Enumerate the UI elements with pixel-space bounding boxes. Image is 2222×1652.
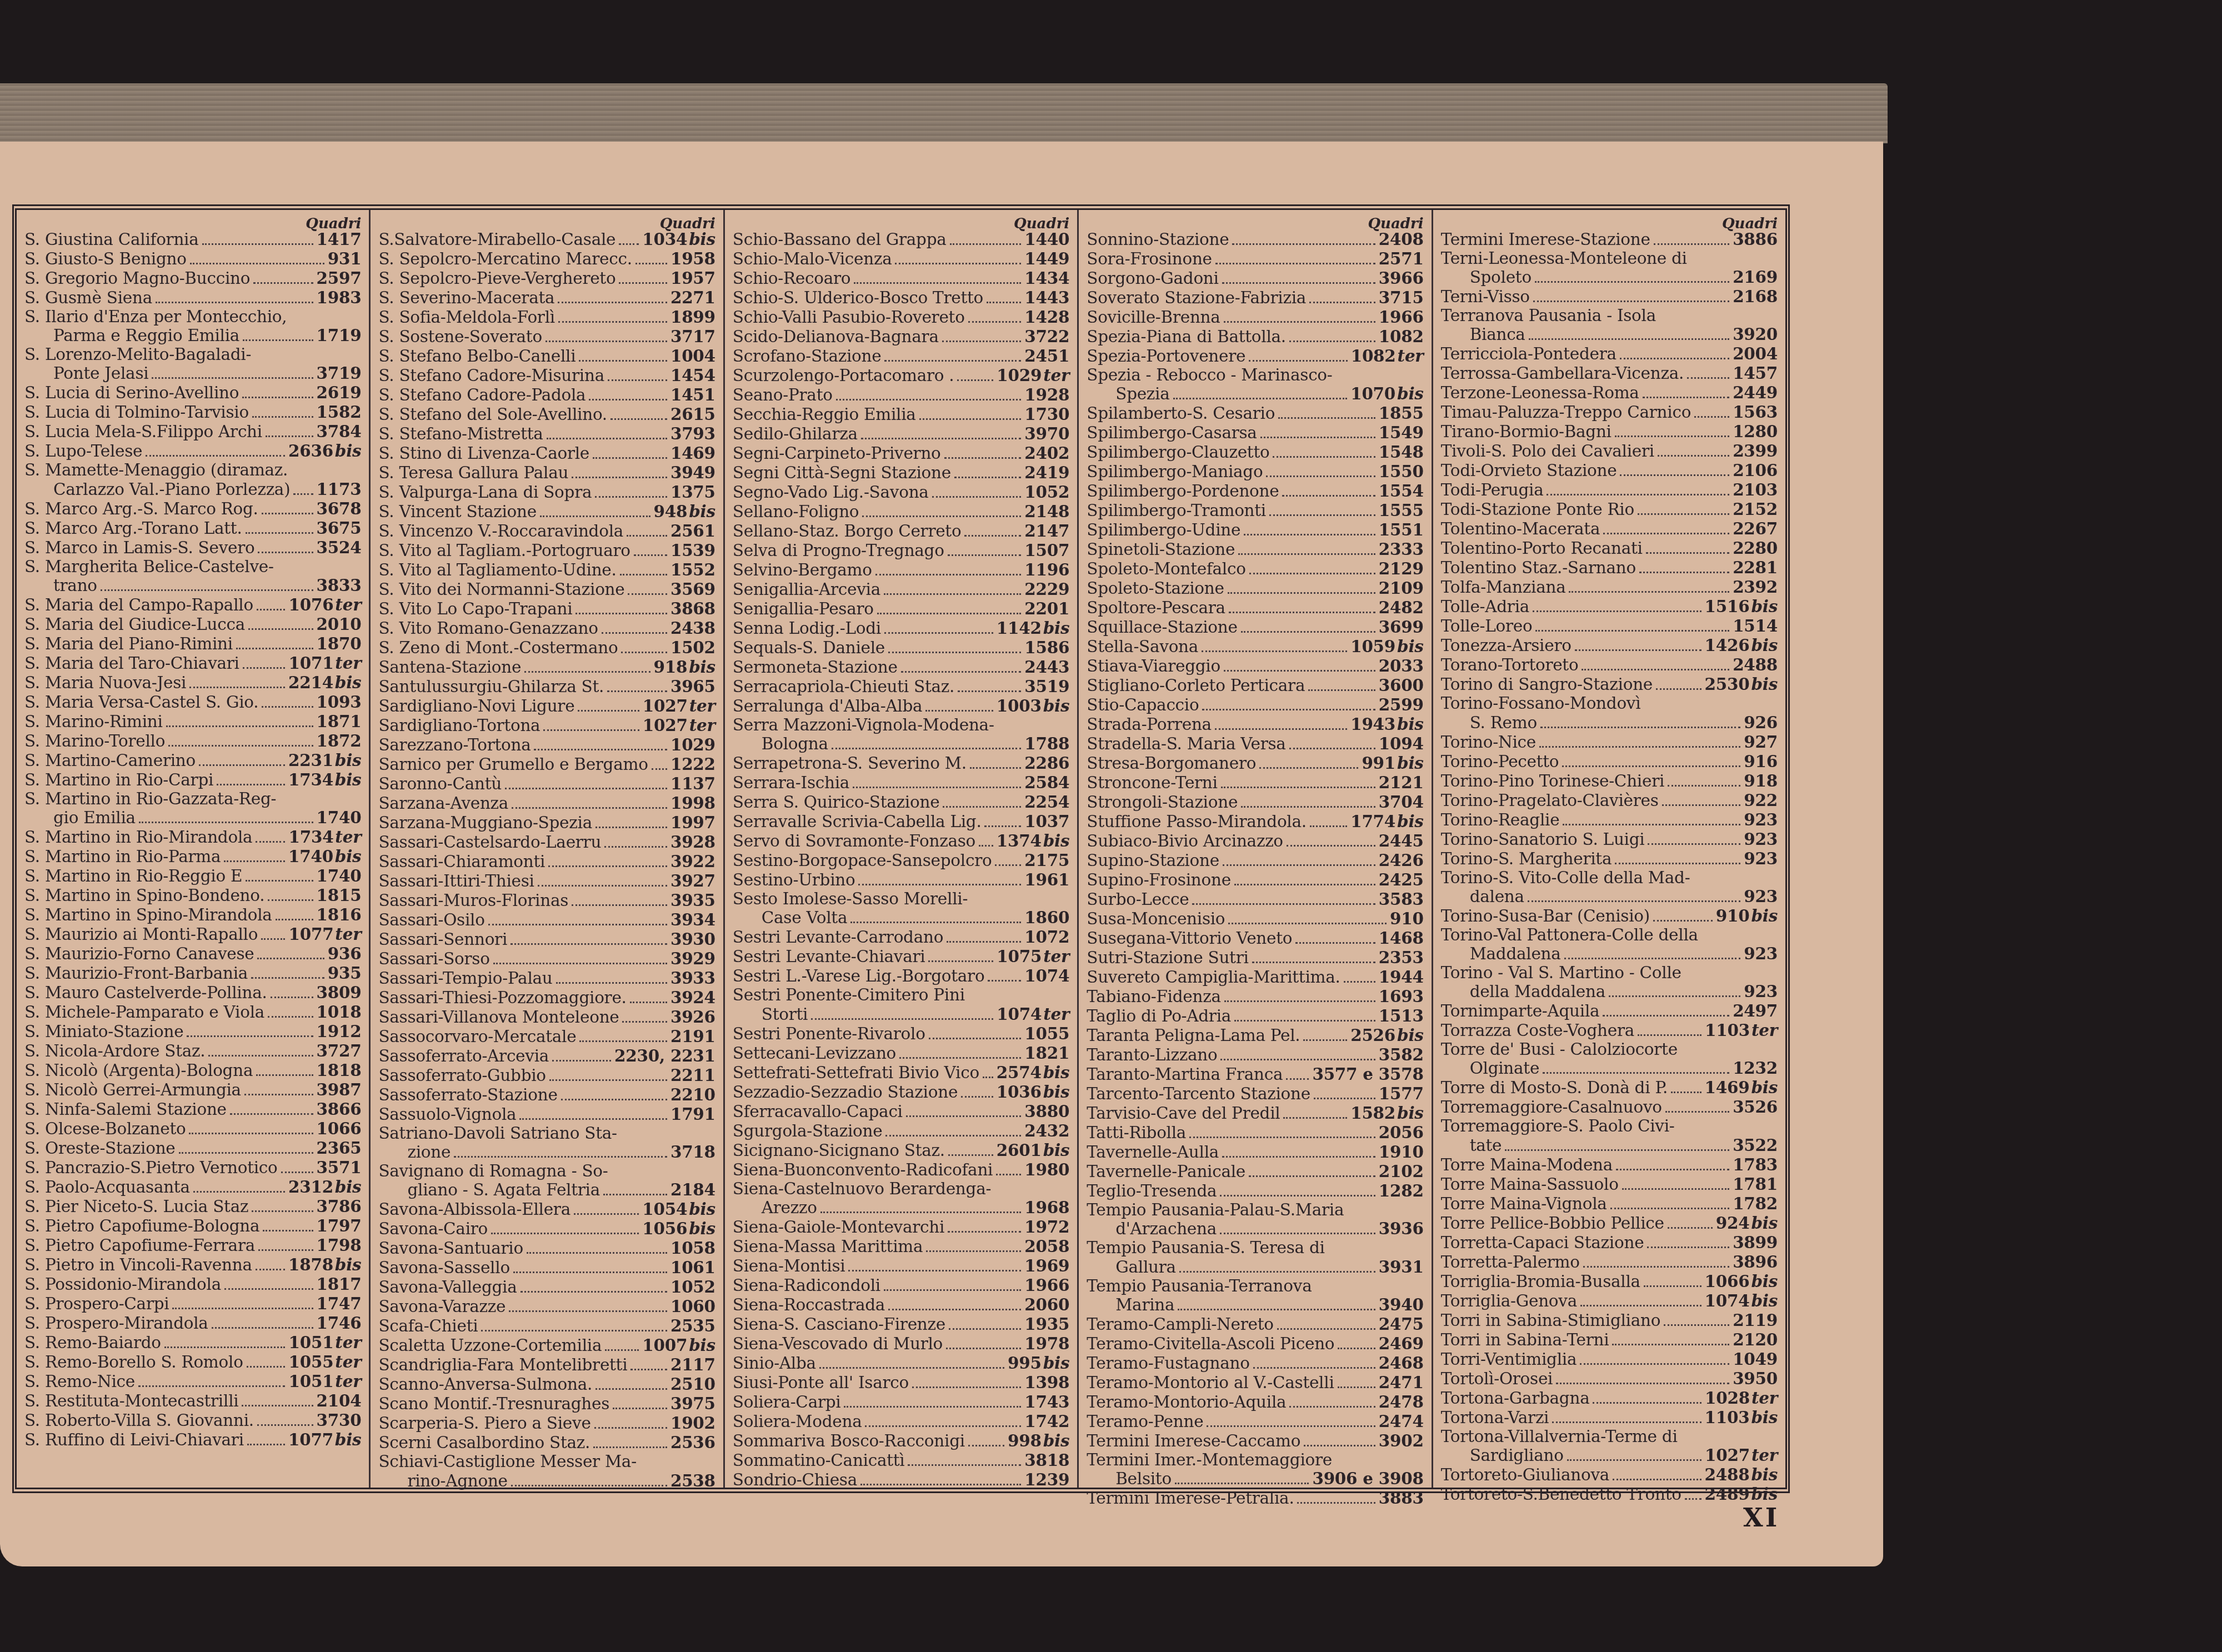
quadro-number: 1066 (1705, 1272, 1750, 1290)
index-entry: Selva di Progno-Tregnago1507 (733, 541, 1069, 560)
quadro-number: 2106 (1733, 461, 1778, 479)
station-route-name: S. Miniato-Stazione (24, 1023, 183, 1041)
quadro-number: 1514 (1733, 617, 1778, 635)
quadro-number: 1443 (1024, 288, 1069, 307)
station-route-name: S. Sepolcro-Mercatino Marecc. (378, 250, 632, 268)
index-entry: Scurzolengo-Portacomaro .1029ter (733, 366, 1069, 386)
station-route-name: S. Stefano del Sole-Avellino. (378, 406, 607, 424)
index-entry: tate3522 (1441, 1136, 1778, 1155)
dot-leader (258, 552, 313, 553)
dot-leader (865, 1425, 1021, 1427)
dot-leader (579, 1040, 667, 1042)
index-entry: S. Martino in Rio-Gazzata-Reg- (24, 790, 361, 808)
dot-leader (534, 749, 667, 750)
index-entry: S. Maria del Taro-Chiavari1071ter (24, 654, 361, 673)
station-route-name: Torre Maina-Modena (1441, 1156, 1613, 1174)
quadro-number: 2597 (317, 269, 362, 287)
quadro-suffix: ter (335, 654, 361, 672)
quadro-number: 2033 (1379, 657, 1424, 675)
dot-leader (1616, 1169, 1729, 1170)
quadro-suffix: ter (335, 595, 361, 614)
dot-leader (946, 1348, 1021, 1349)
station-route-name: Termini Imerese-Petralia. (1087, 1489, 1294, 1508)
index-entry: Spezia - Rebocco - Marinasco- (1087, 366, 1423, 384)
station-route-name: Sardigliano (1441, 1446, 1564, 1465)
station-route-name: Soliera-Modena (733, 1413, 862, 1431)
quadro-number: 1935 (1024, 1315, 1069, 1333)
station-route-name: Squillace-Stazione (1087, 618, 1237, 637)
station-route-name: Sorgono-Gadoni (1087, 269, 1218, 288)
quadro-number: 3906 e 3908 (1312, 1469, 1423, 1488)
quadro-number: 2538 (670, 1471, 715, 1490)
quadro-number: 1734 (288, 770, 333, 789)
index-entry: Sassoferrato-Gubbio2211 (378, 1066, 715, 1085)
station-route-name: d'Arzachena (1087, 1220, 1217, 1238)
quadro-number: 1142 (997, 619, 1042, 637)
index-entry: Terzone-Leonessa-Roma2449 (1441, 383, 1778, 403)
dot-leader (844, 1406, 1021, 1408)
quadro-suffix: bis (1751, 1408, 1778, 1426)
index-entry: Savignano di Romagna - So- (378, 1162, 715, 1180)
station-route-name: della Maddalena (1441, 983, 1605, 1001)
station-route-name: Savignano di Romagna - So- (378, 1162, 608, 1180)
index-entry: Todi-Stazione Ponte Rio2152 (1441, 500, 1778, 519)
quadro-number: 2148 (1024, 502, 1069, 520)
station-route-name: Sassoferrato-Arcevia (378, 1047, 549, 1065)
quadro-number: 2104 (317, 1391, 362, 1410)
index-entry: S. Sepolcro-Pieve-Verghereto1957 (378, 269, 715, 288)
dot-leader (1580, 1305, 1701, 1306)
station-route-name: Torre Maina-Vignola (1441, 1195, 1607, 1213)
index-entry: S. Prospero-Carpi1747 (24, 1294, 361, 1314)
index-entry: Spezia-Portovenere1082ter (1087, 347, 1423, 366)
station-route-name: Spoleto (1441, 268, 1532, 287)
dot-leader (836, 399, 1022, 401)
dot-leader (1232, 243, 1375, 245)
quadro-number: 3571 (317, 1158, 362, 1177)
quadro-number: 1740 (317, 808, 362, 827)
quadro-number: 2615 (670, 405, 715, 423)
quadro-number: 918 (654, 658, 688, 676)
station-route-name: Torano-Tortoreto (1441, 656, 1579, 674)
dot-leader (1289, 341, 1375, 342)
station-route-name: Gallura (1087, 1258, 1176, 1276)
station-route-name: S. Stefano Cadore-Padola (378, 386, 585, 404)
index-entry: S. Marco Arg.-S. Marco Rog.3678 (24, 499, 361, 519)
index-entry: S. Roberto-Villa S. Giovanni.3730 (24, 1411, 361, 1430)
station-route-name: Ponte Jelasi (24, 364, 148, 383)
quadro-number: 3786 (317, 1197, 362, 1215)
station-route-name: Serrara-Ischia (733, 774, 849, 792)
index-entry: Scrofano-Stazione2451 (733, 347, 1069, 366)
station-route-name: Maddalena (1441, 945, 1561, 963)
index-entry: Siena-Massa Marittima2058 (733, 1237, 1069, 1256)
quadro-number: 1740 (317, 867, 362, 885)
index-entry: S. Stefano Cadore-Padola1451 (378, 386, 715, 405)
dot-leader (635, 263, 667, 264)
dot-leader (208, 1055, 313, 1057)
station-route-name: Susa-Moncenisio (1087, 910, 1225, 928)
station-route-name: Timau-Paluzza-Treppo Carnico (1441, 403, 1691, 422)
dot-leader (942, 341, 1022, 342)
station-route-name: Teramo-Fustagnano (1087, 1354, 1249, 1373)
quadro-number: 1239 (1024, 1470, 1069, 1489)
index-entry: Scandriglia-Fara Montelibretti2117 (378, 1355, 715, 1375)
index-entry: Maddalena923 (1441, 944, 1778, 964)
quadro-number: 1018 (317, 1003, 362, 1021)
quadro-suffix: bis (335, 751, 362, 769)
index-entry: Spoleto-Montefalco2129 (1087, 559, 1423, 579)
dot-leader (527, 1252, 667, 1254)
index-entry: Susegana-Vittorio Veneto1468 (1087, 929, 1423, 948)
station-route-name: S. Marco Arg.-S. Marco Rog. (24, 500, 258, 518)
index-entry: Scanno-Anversa-Sulmona.2510 (378, 1375, 715, 1394)
station-route-name: S. Marino-Rimini (24, 713, 163, 731)
dot-leader (888, 652, 1021, 653)
index-entry: S. Vito Romano-Genazzano2438 (378, 619, 715, 638)
quadro-number: 2469 (1379, 1334, 1424, 1353)
quadro-number: 2280 (1733, 539, 1778, 557)
quadro-number: 2488 (1705, 1465, 1750, 1484)
quadro-suffix: ter (335, 1353, 361, 1371)
index-entry: S. Stefano-Mistretta3793 (378, 424, 715, 444)
station-route-name: S. Sostene-Soverato (378, 328, 542, 346)
dot-leader (948, 1154, 993, 1156)
quadro-number: 3675 (317, 519, 362, 537)
quadro-number: 2530 (1705, 675, 1750, 693)
station-route-name: Scarperia-S. Piero a Sieve (378, 1414, 590, 1433)
station-route-name: Selvino-Bergamo (733, 561, 872, 579)
station-route-name: Sassari-Muros-Florinas (378, 892, 568, 910)
quadro-number: 3718 (670, 1143, 715, 1161)
quadro-number: 3699 (1379, 618, 1424, 636)
index-entry: Sassari-Thiesi-Pozzomaggiore.3924 (378, 988, 715, 1008)
index-entry: Todi-Orvieto Stazione2106 (1441, 461, 1778, 480)
dot-leader (968, 321, 1022, 323)
quadro-number: 1539 (670, 541, 715, 559)
station-route-name: S. Stino di Livenza-Caorle (378, 444, 589, 463)
dot-leader (491, 1233, 639, 1234)
quadro-number: 3582 (1379, 1045, 1424, 1064)
quadro-number: 1817 (317, 1275, 362, 1293)
index-entry: Serrara-Ischia2584 (733, 773, 1069, 793)
index-entry: Sesto Imolese-Sasso Morelli- (733, 890, 1069, 908)
station-route-name: Torriglia-Bromia-Busalla (1441, 1273, 1640, 1291)
index-entry: Seano-Prato1928 (733, 386, 1069, 405)
station-route-name: Serra Mazzoni-Vignola-Modena- (733, 716, 994, 734)
station-route-name: S. Maurizio-Front-Barbania (24, 964, 248, 983)
dot-leader (546, 341, 667, 342)
station-route-name: Sferracavallo-Capaci (733, 1103, 903, 1121)
station-route-name: Siena-Roccastrada (733, 1296, 885, 1314)
dot-leader (172, 1308, 313, 1309)
quadro-number: 2426 (1379, 851, 1424, 869)
quadro-number: 1878 (288, 1255, 333, 1274)
station-route-name: Torino-Nice (1441, 733, 1536, 752)
index-entry: Sedilo-Ghilarza3970 (733, 424, 1069, 444)
dot-leader (899, 1057, 1021, 1059)
dot-leader (246, 880, 313, 882)
quadro-number: 1966 (1024, 1276, 1069, 1294)
station-route-name: S. Martino in Spino-Bondeno. (24, 887, 264, 905)
dot-leader (888, 1309, 1021, 1310)
quadro-suffix: bis (335, 847, 362, 865)
station-route-name: Susegana-Vittorio Veneto (1087, 929, 1292, 948)
station-route-name: gio Emilia (24, 809, 136, 827)
quadro-number: 1051 (288, 1372, 333, 1390)
index-entry: Spilimbergo-Udine1551 (1087, 520, 1423, 540)
dot-leader (139, 822, 313, 823)
quadro-number: 2599 (1379, 695, 1424, 714)
station-route-name: Terni-Leonessa-Monteleone di (1441, 249, 1687, 268)
index-entry: Sestino-Borgopace-Sansepolcro2175 (733, 851, 1069, 870)
station-route-name: Senigallia-Pesaro (733, 600, 874, 618)
index-entry: Tortona-Garbagna1028ter (1441, 1389, 1778, 1408)
dot-leader (263, 1230, 313, 1232)
quadro-suffix: bis (1751, 1291, 1778, 1310)
dot-leader (257, 609, 286, 610)
index-entry: Sestri Ponente-Cimitero Pini (733, 986, 1069, 1004)
dot-leader (912, 1386, 1021, 1388)
dot-leader (988, 980, 1021, 982)
quadro-number: 3704 (1379, 793, 1424, 811)
station-route-name: Schiavi-Castiglione Messer Ma- (378, 1453, 636, 1471)
station-route-name: Schio-S. Ulderico-Bosco Tretto (733, 289, 983, 307)
dot-leader (1533, 301, 1729, 302)
quadro-number: 3722 (1024, 327, 1069, 346)
quadro-number: 1049 (1733, 1350, 1778, 1368)
index-entry: Spilimbergo-Maniago1550 (1087, 462, 1423, 482)
quadro-number: 1037 (1024, 812, 1069, 830)
dot-leader (970, 767, 1022, 769)
dot-leader (885, 1135, 1021, 1137)
station-route-name: Spezia-Piana di Battolla. (1087, 328, 1286, 346)
quadro-number: 1028 (1705, 1389, 1750, 1407)
dot-leader (811, 1018, 993, 1020)
station-route-name: S. Gregorio Magno-Buccino (24, 269, 250, 288)
dot-leader (628, 593, 667, 595)
quadro-number: 2210 (670, 1085, 715, 1104)
quadro-number: 3793 (670, 424, 715, 443)
index-entry: Spilamberto-S. Cesario1855 (1087, 404, 1423, 423)
index-entry: Tarcento-Tarcento Stazione1577 (1087, 1084, 1423, 1104)
index-entry: Torino-S. Vito-Colle della Mad- (1441, 869, 1778, 887)
quadro-number: 3987 (317, 1080, 362, 1099)
quadro-suffix: bis (1397, 1026, 1424, 1044)
dot-leader (244, 1094, 313, 1095)
index-entry: S. Michele-Pamparato e Viola1018 (24, 1003, 361, 1022)
index-entry: S. Prospero-Mirandola1746 (24, 1314, 361, 1333)
index-entry: S. Maria del Campo-Rapallo1076ter (24, 595, 361, 615)
quadro-suffix: bis (1043, 697, 1070, 715)
station-route-name: Torino-S. Margherita (1441, 850, 1612, 868)
quadro-number: 2497 (1733, 1002, 1778, 1020)
quadro-number: 1093 (317, 693, 362, 711)
dot-leader (1547, 494, 1729, 495)
index-entry: Squillace-Stazione3699 (1087, 618, 1423, 637)
quadro-number: 1693 (1379, 987, 1424, 1005)
index-entry: S. Martino-Camerino2231bis (24, 751, 361, 770)
dot-leader (979, 845, 993, 847)
quadro-number: 1860 (1024, 908, 1069, 927)
dot-leader (1664, 1324, 1729, 1326)
index-entry: S. Zeno di Mont.-Costermano1502 (378, 638, 715, 658)
dot-leader (1694, 416, 1729, 418)
index-entry: S. Vito Lo Capo-Trapani3868 (378, 599, 715, 619)
station-route-name: S. Pietro Capofiume-Ferrara (24, 1237, 255, 1255)
dot-leader (1610, 1208, 1729, 1209)
quadro-number: 1027 (643, 716, 688, 734)
quadro-number: 2584 (1024, 773, 1069, 792)
station-route-name: Teramo-Campli-Nereto (1087, 1315, 1274, 1334)
quadro-number: 2488 (1733, 655, 1778, 674)
quadro-number: 3931 (1379, 1258, 1424, 1276)
station-route-name: Marina (1087, 1296, 1174, 1314)
quadro-suffix: ter (1751, 1021, 1778, 1039)
station-route-name: Tavernelle-Aulla (1087, 1143, 1219, 1162)
dot-leader (1282, 495, 1375, 497)
index-entry: Bologna1788 (733, 734, 1069, 754)
station-route-name: S. Mamette-Menaggio (diramaz. (24, 461, 288, 479)
dot-leader (1580, 1363, 1729, 1365)
index-entry: Ponte Jelasi3719 (24, 364, 361, 383)
index-entry: Sassari-Tempio-Palau3933 (378, 969, 715, 988)
station-route-name: Sonnino-Stazione (1087, 231, 1229, 249)
quadro-number: 1719 (317, 326, 362, 344)
dot-leader (242, 1405, 313, 1406)
index-entry: Satriano-Davoli Satriano Sta- (378, 1124, 715, 1143)
quadro-number: 3886 (1733, 230, 1778, 248)
dot-leader (652, 768, 667, 770)
quadro-number: 2230, 2231 (614, 1047, 715, 1065)
index-entry: gliano - S. Agata Feltria2184 (378, 1180, 715, 1200)
index-entry: S. Stefano Belbo-Canelli1004 (378, 347, 715, 366)
dot-leader (1647, 1246, 1729, 1248)
index-entry: Spezia-Piana di Battolla.1082 (1087, 327, 1423, 347)
index-entry: Sassari-Sorso3929 (378, 949, 715, 969)
dot-leader (1249, 573, 1375, 574)
dot-leader (1269, 514, 1375, 516)
station-route-name: Schio-Valli Pasubio-Rovereto (733, 308, 965, 327)
quadro-number: 3526 (1733, 1098, 1778, 1116)
index-entry: S. Lucia Mela-S.Filippo Archi3784 (24, 422, 361, 442)
quadro-number: 2478 (1379, 1393, 1424, 1411)
dot-leader (540, 515, 650, 517)
station-route-name: Tatti-Ribolla (1087, 1124, 1186, 1142)
index-entry: Sarzana-Avenza1998 (378, 794, 715, 813)
quadro-number: 1582 (1350, 1104, 1395, 1122)
quadro-number: 2636 (288, 442, 333, 460)
quadro-number: 1791 (670, 1105, 715, 1123)
dot-leader (1286, 1078, 1309, 1080)
station-route-name: S.Salvatore-Mirabello-Casale (378, 231, 615, 249)
dot-leader (1685, 1498, 1701, 1500)
quadro-number: 2004 (1733, 344, 1778, 363)
station-route-name: Sermoneta-Stazione (733, 658, 898, 677)
index-entry: S. Vito al Tagliam.-Portogruaro1539 (378, 541, 715, 560)
station-route-name: Serra S. Quirico-Stazione (733, 793, 940, 812)
quadro-number: 1076 (288, 595, 333, 614)
station-route-name: Torino-Val Pattonera-Colle della (1441, 926, 1698, 944)
index-entry: Torretta-Capaci Stazione3899 (1441, 1233, 1778, 1253)
dot-leader (1304, 1445, 1375, 1446)
station-route-name: Sassocorvaro-Mercatale (378, 1028, 576, 1046)
dot-leader (1639, 572, 1729, 573)
index-entry: Torre Maina-Vignola1782 (1441, 1194, 1778, 1214)
quadro-number: 1173 (317, 480, 362, 498)
dot-leader (543, 729, 639, 731)
dot-leader (1505, 1149, 1729, 1151)
quadro-number: 2056 (1379, 1123, 1424, 1142)
index-entry: Secchia-Reggio Emilia1730 (733, 405, 1069, 424)
dot-leader (224, 1288, 313, 1290)
quadro-number: 1007 (642, 1336, 687, 1354)
dot-leader (832, 748, 1021, 749)
dot-leader (1222, 1156, 1375, 1158)
dot-leader (190, 263, 324, 264)
dot-leader (634, 554, 667, 556)
index-entry: Sicignano-Sicignano Staz.2601bis (733, 1141, 1069, 1160)
quadro-number: 1551 (1379, 520, 1424, 539)
station-route-name: Secchia-Reggio Emilia (733, 406, 916, 424)
quadro-number: 1958 (670, 249, 715, 268)
index-entry: S.Salvatore-Mirabello-Casale1034bis (378, 230, 715, 249)
station-route-name: S. Nicolò Gerrei-Armungia (24, 1081, 241, 1099)
station-route-name: Sassari-Osilo (378, 911, 484, 929)
index-entry: Torremaggiore-Casalnuovo3526 (1441, 1098, 1778, 1117)
quadro-number: 1027 (643, 697, 688, 715)
station-route-name: S. Maurizio ai Monti-Rapallo (24, 925, 258, 944)
quadro-number: 3730 (317, 1411, 362, 1429)
index-entry: Torri in Sabina-Stimigliano2119 (1441, 1311, 1778, 1330)
quadro-number: 2471 (1379, 1373, 1424, 1391)
quadro-number: 1855 (1379, 404, 1424, 422)
dot-leader (187, 1035, 313, 1037)
station-route-name: Carlazzo Val.-Piano Porlezza) (24, 480, 290, 499)
index-entry: Susa-Moncenisio910 (1087, 909, 1423, 929)
quadro-number: 3940 (1379, 1295, 1424, 1314)
station-route-name: S. Lupo-Telese (24, 442, 142, 460)
station-route-name: S. Roberto-Villa S. Giovanni. (24, 1411, 254, 1430)
station-route-name: S. Vito Romano-Genazzano (378, 619, 598, 638)
dot-leader (247, 1366, 286, 1368)
dot-leader (189, 1133, 313, 1134)
dot-leader (1620, 358, 1729, 359)
station-route-name: Schio-Recoaro (733, 269, 850, 288)
quadro-suffix: bis (335, 1178, 362, 1196)
quadro-number: 1082 (1351, 347, 1396, 365)
dot-leader (1671, 1092, 1701, 1093)
index-entry: S. Mamette-Menaggio (diramaz. (24, 461, 361, 479)
station-route-name: Serrapetrona-S. Severino M. (733, 754, 967, 773)
index-entry: S. Martino in Spino-Mirandola1816 (24, 905, 361, 925)
station-route-name: Belsito (1087, 1470, 1172, 1488)
station-route-name: Tortona-Varzi (1441, 1409, 1549, 1427)
dot-leader (1228, 592, 1375, 594)
dot-leader (1229, 612, 1375, 613)
station-route-name: Torremaggiore-S. Paolo Civi- (1441, 1117, 1675, 1135)
quadro-number: 1449 (1024, 249, 1069, 268)
quadro-number: 2103 (1733, 480, 1778, 499)
index-entry: Bianca3920 (1441, 325, 1778, 344)
station-route-name: S. Restituta-Montecastrilli (24, 1392, 238, 1410)
index-entry: S. Valpurga-Lana di Sopra1375 (378, 483, 715, 502)
quadro-number: 1577 (1379, 1084, 1424, 1103)
dot-leader (179, 1152, 313, 1154)
index-entry: Torino-Val Pattonera-Colle della (1441, 926, 1778, 944)
dot-leader (101, 589, 313, 591)
station-route-name: Torretta-Capaci Stazione (1441, 1234, 1644, 1252)
